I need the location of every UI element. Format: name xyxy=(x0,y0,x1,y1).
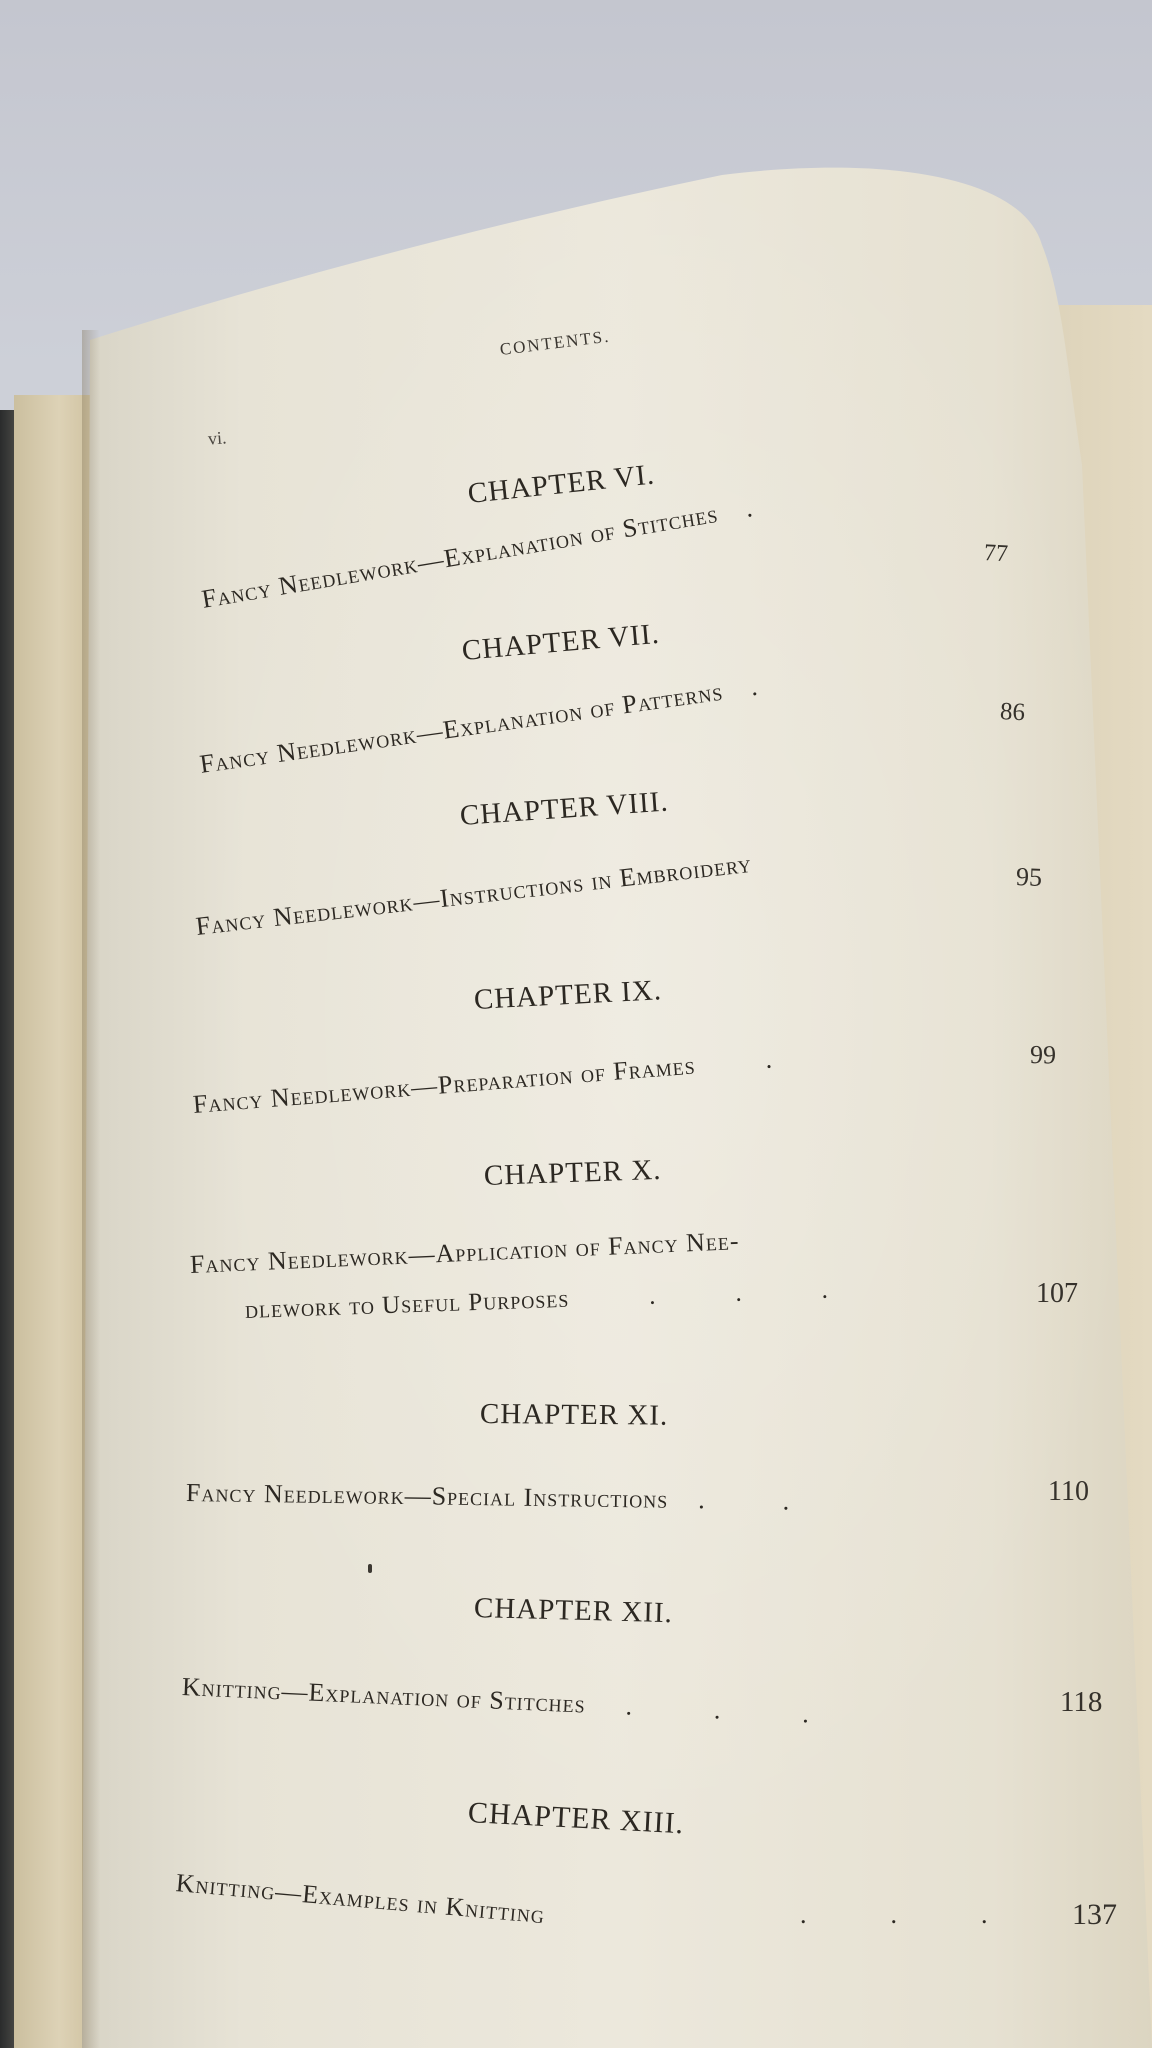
page-folio: vi. xyxy=(207,427,227,449)
toc-page-number: 86 xyxy=(999,698,1025,727)
toc-leader-dots: ... xyxy=(800,1900,1072,1930)
chapter-heading: CHAPTER X. xyxy=(483,1154,662,1193)
ink-speck xyxy=(368,1564,372,1573)
leader-dots: . xyxy=(749,667,797,703)
leader-dots: .. xyxy=(698,1485,867,1517)
photo-scene: CONTENTS. vi. CHAPTER VI. Fancy Needlewo… xyxy=(0,0,1152,2048)
page-gutter-shadow xyxy=(82,330,100,2048)
entry-title: Fancy Needlework—Special Instructions xyxy=(186,1478,669,1514)
toc-page-number: 107 xyxy=(1036,1278,1078,1310)
chapter-heading: CHAPTER XI. xyxy=(480,1398,669,1433)
toc-page-number: 95 xyxy=(1015,862,1042,893)
toc-page-number: 110 xyxy=(1048,1476,1089,1508)
toc-page-number: 137 xyxy=(1072,1898,1117,1932)
toc-page-number: 118 xyxy=(1060,1686,1102,1719)
toc-page-number: 99 xyxy=(1030,1040,1057,1070)
leader-dots: . xyxy=(764,1042,811,1075)
leader-dots: ... xyxy=(800,1900,1072,1930)
toc-page-number: 77 xyxy=(983,540,1008,568)
chapter-heading: CHAPTER XII. xyxy=(474,1592,674,1630)
